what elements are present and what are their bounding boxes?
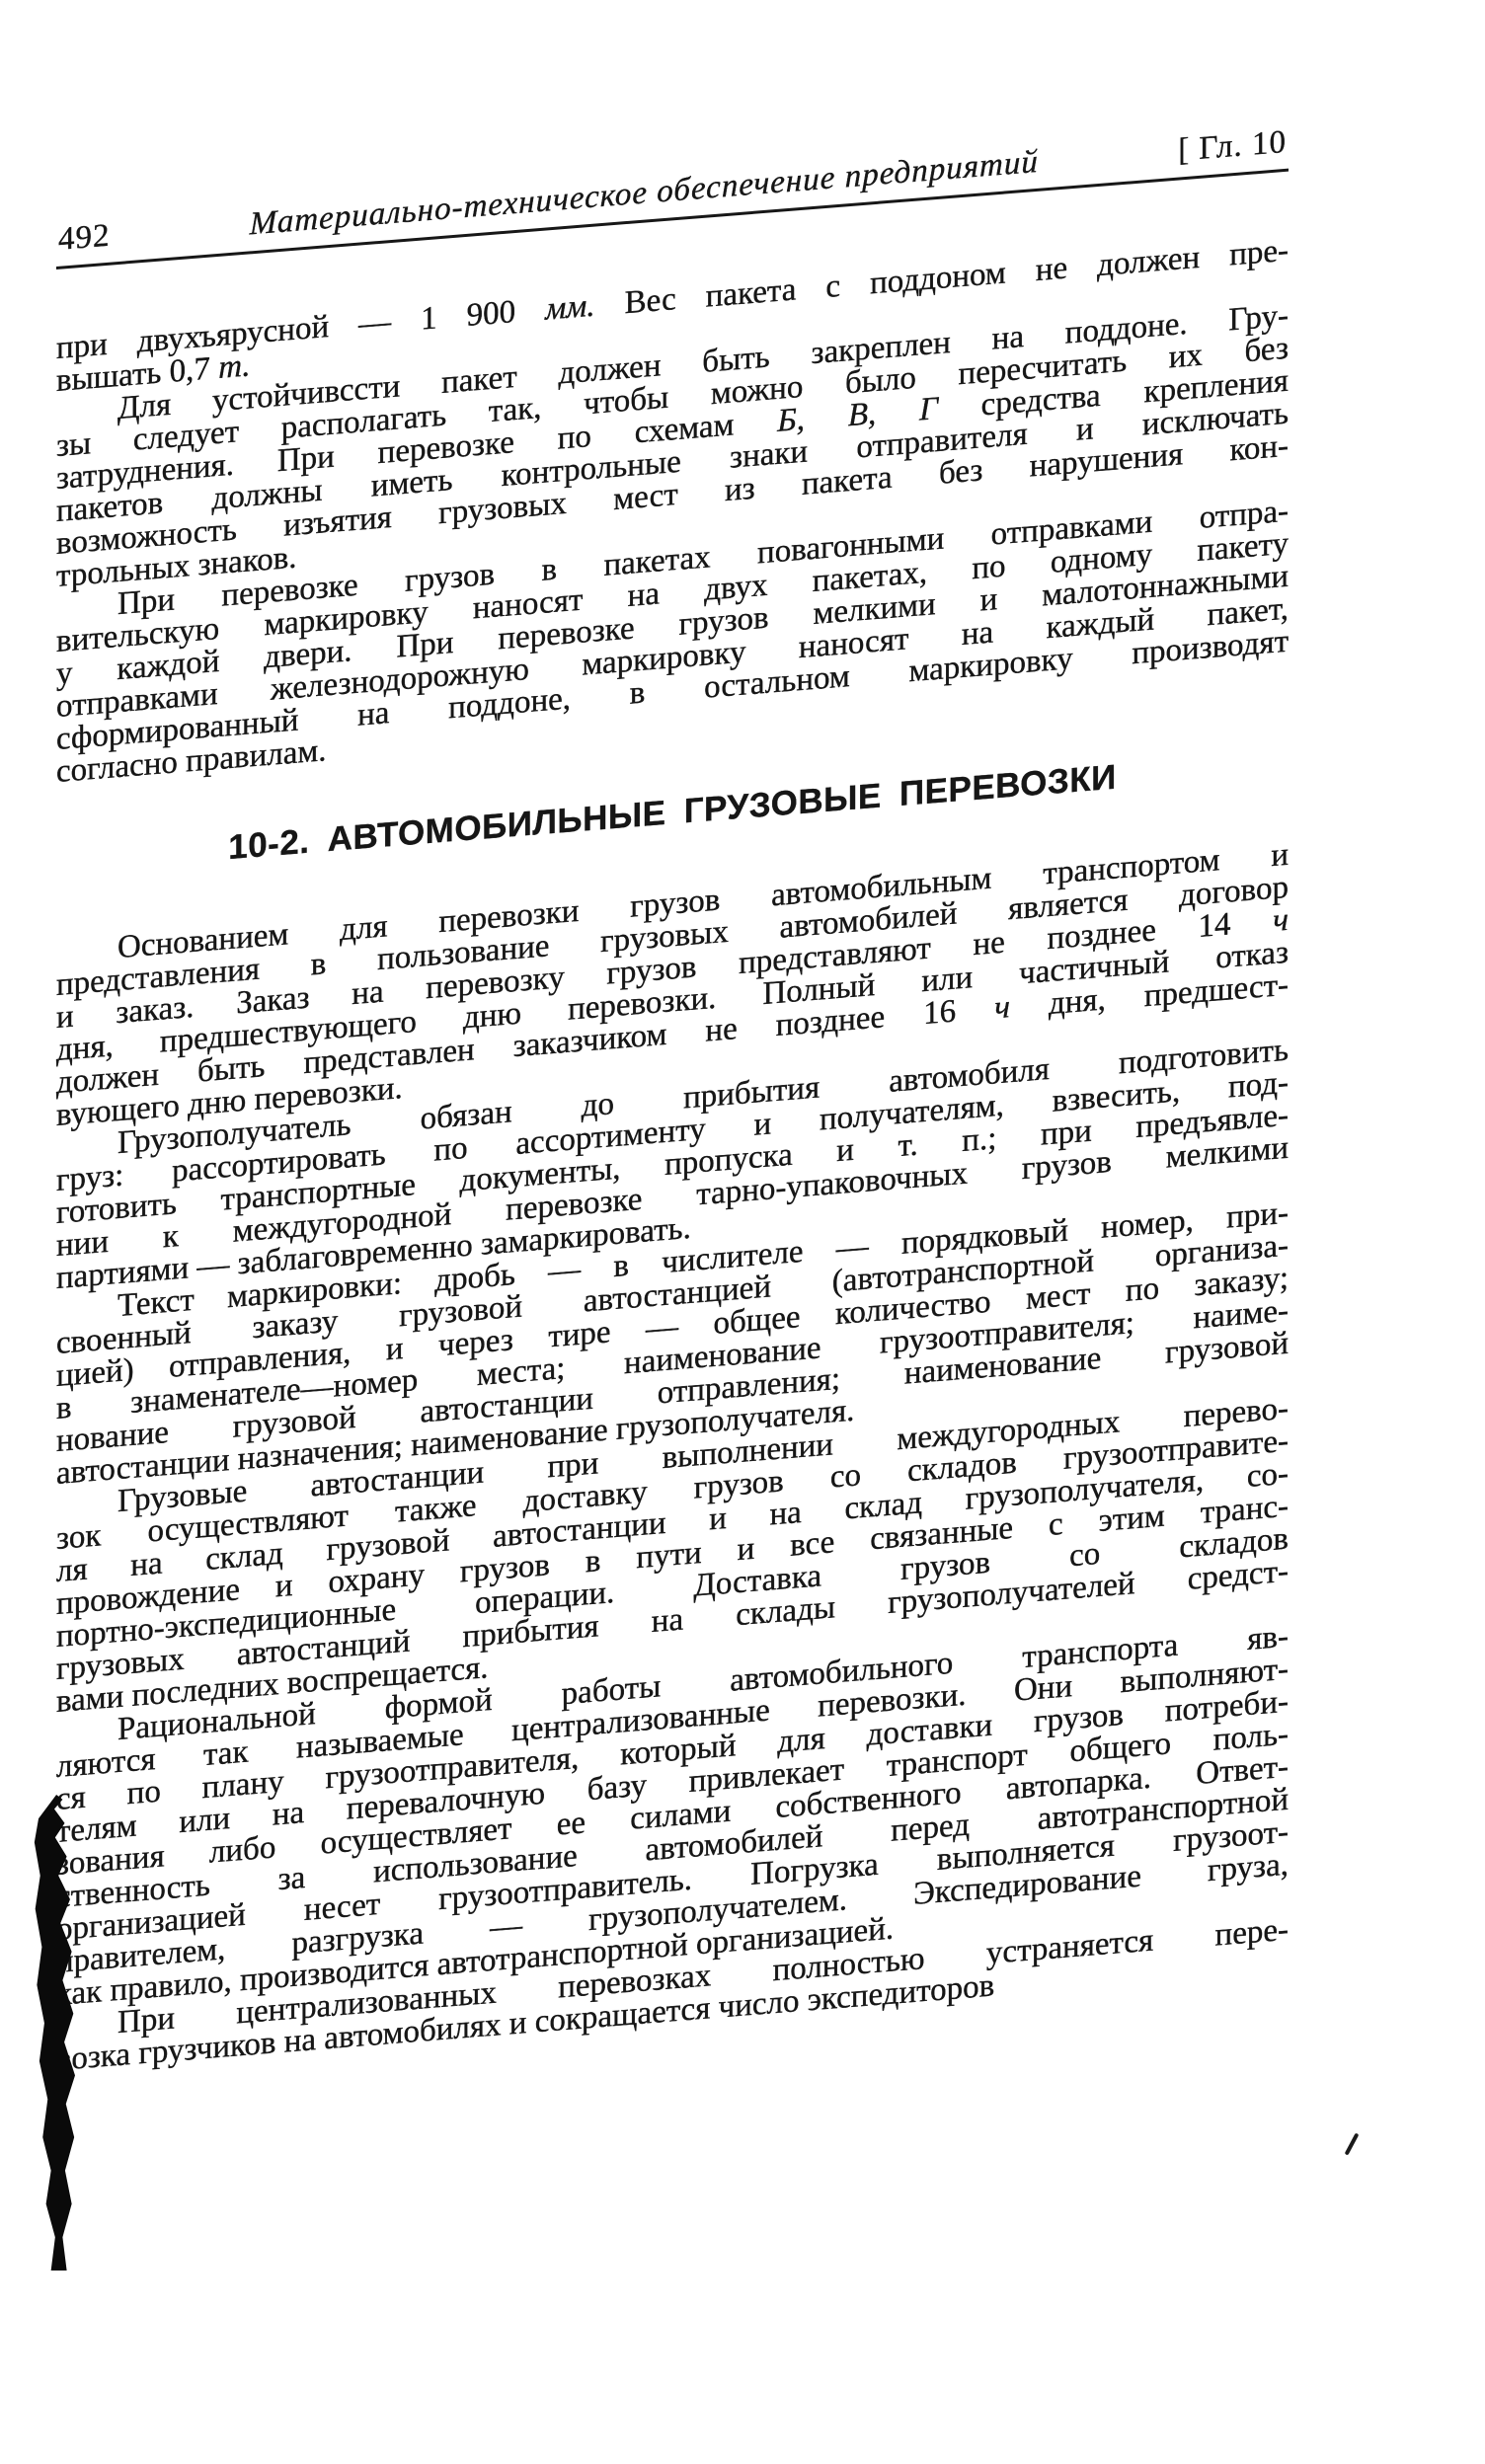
stray-mark xyxy=(1345,2132,1360,2155)
text-segment: ч xyxy=(994,989,1010,1026)
chapter-reference: [ Гл. 10 xyxy=(1178,121,1287,172)
text-segment: ч xyxy=(1273,902,1289,939)
body-text-bottom: Основанием для перевозки грузов автомоби… xyxy=(56,839,1289,2077)
text-segment: мм. xyxy=(545,288,594,328)
page-number: 492 xyxy=(58,215,111,261)
body-text-top: при двухъярусной — 1 900 мм. Вес пакета … xyxy=(56,235,1289,789)
running-header: 492 Материально-техническое обеспечение … xyxy=(56,121,1289,261)
book-page: 492 Материально-техническое обеспечение … xyxy=(0,0,1485,2464)
page-content: 492 Материально-техническое обеспечение … xyxy=(56,121,1289,2077)
running-title: Материально-техническое обеспечение пред… xyxy=(250,141,1039,246)
